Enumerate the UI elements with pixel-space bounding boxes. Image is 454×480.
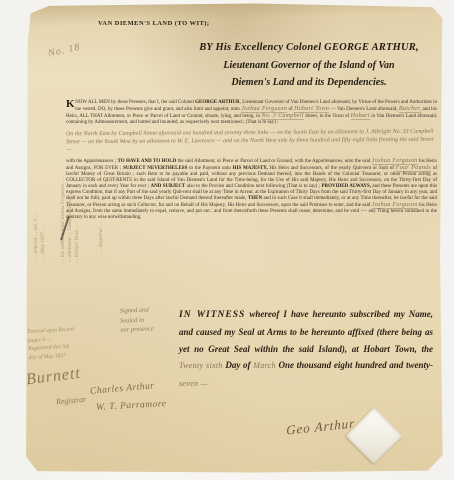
witness-signature-parramore: W. T. Parramore bbox=[96, 399, 167, 413]
proclamation-heading: BY His Excellency Colonel GEORGE ARTHUR,… bbox=[180, 39, 438, 92]
in-witness-clause: IN WITNESS whereof I have hereunto subsc… bbox=[179, 306, 433, 393]
grantee-residence-fill-in: Hobart Town bbox=[294, 106, 329, 113]
habendum-and-quitrent-paragraph: with the Appurtenances ; TO HAVE AND TO … bbox=[66, 158, 437, 221]
rotated-margin-note-b: … the within named Joshua Ferguson … … a… bbox=[60, 105, 82, 263]
his-majesty-text: HIS MAJESTY, bbox=[233, 166, 268, 171]
body-segment: His Heirs and Successors, of the yearly … bbox=[268, 166, 396, 171]
governor-signature: Geo Arthur bbox=[286, 415, 355, 438]
day-fill-in: Twenty sixth bbox=[179, 361, 223, 370]
grantee-name-fill-in: Joshua Ferguson bbox=[372, 158, 418, 165]
rotated-margin-note-c: … Registrar … bbox=[98, 111, 105, 253]
proclamation-line-3: Diemen's Land and its Dependencies. bbox=[180, 74, 438, 92]
witness-text: One thousand eight hundred and twenty- bbox=[276, 360, 433, 370]
grantee-name-fill-in: Joshua Ferguson bbox=[372, 202, 418, 209]
granting-clause-paragraph: KNOW ALL MEN by these Presents, that I, … bbox=[66, 100, 437, 126]
town-fill-in: Hobart bbox=[351, 113, 370, 120]
year-fill-in: seven — bbox=[179, 379, 208, 388]
scanned-land-grant-page: { "colors": { "parchment": "#ecdfbd", "p… bbox=[0, 0, 454, 480]
month-fill-in: March bbox=[253, 361, 276, 370]
margin-note-line: … May 1827 … bbox=[40, 107, 47, 259]
body-segment: the said Allotment, or Piece or Parcel o… bbox=[176, 159, 372, 164]
proclamation-line-2: Lieutenant Governor of the Island of Van bbox=[180, 57, 438, 75]
governor-name: GEORGE ARTHUR bbox=[195, 100, 239, 105]
handwritten-grant-number: No. 18 bbox=[47, 42, 81, 60]
registration-record-note: Entered upon Record pages 3 — Registered… bbox=[27, 322, 139, 362]
grantee-name-fill-in: Joshua Ferguson bbox=[241, 106, 287, 113]
body-segment: also to the Proviso and Condition next f… bbox=[185, 184, 321, 189]
body-segment: to the Payment unto bbox=[187, 166, 232, 171]
deed-body-text: KNOW ALL MEN by these Presents, that I, … bbox=[66, 100, 437, 221]
margin-note-line: … Registrar … bbox=[98, 111, 105, 253]
to-have-and-to-hold-clause: TO HAVE AND TO HOLD bbox=[118, 159, 177, 164]
handwritten-boundary-description: On the North East by Campbell Street afo… bbox=[66, 129, 437, 155]
margin-note-line: … entered … vol. 3 … bbox=[33, 107, 40, 259]
body-segment: NOW ALL MEN by these Presents, that I, t… bbox=[75, 100, 195, 105]
attestation-line: Signed and bbox=[120, 305, 154, 316]
quitrent-sum-fill-in: Four Pounds bbox=[396, 165, 431, 172]
provided-always-clause: PROVIDED ALWAYS, bbox=[321, 184, 371, 189]
subject-nevertheless-clause: SUBJECT NEVERTHELESS bbox=[123, 166, 187, 171]
then-clause: THEN bbox=[248, 196, 262, 201]
witness-text: Day of bbox=[223, 360, 254, 370]
registrar-signature: Burnett bbox=[25, 365, 82, 390]
registrar-title: Registrar bbox=[56, 395, 87, 407]
body-segment: Street, in the Town of bbox=[304, 114, 351, 119]
witness-signature-charles-arthur: Charles Arthur bbox=[90, 381, 155, 397]
margin-note-line: … Hobart Town … bbox=[74, 105, 81, 263]
rotated-margin-note-a: … entered … vol. 3 … … May 1827 … bbox=[33, 107, 47, 259]
body-segment: — Van Diemen's Land aforesaid, bbox=[329, 107, 399, 112]
parchment-document: VAN DIEMEN'S LAND (TO WIT); No. 18 BY Hi… bbox=[24, 3, 443, 473]
proclamation-line-1: BY His Excellency Colonel GEORGE ARTHUR, bbox=[180, 39, 438, 57]
and-subject-clause: AND SUBJECT bbox=[151, 184, 186, 189]
in-witness-lead: IN WITNESS bbox=[179, 310, 245, 320]
street-fill-in: No. 3 Campbell bbox=[261, 113, 303, 120]
grantee-occupation-fill-in: Butcher, bbox=[399, 106, 421, 113]
margin-note-line: … allotment … Campbell Street … bbox=[67, 105, 74, 263]
jurisdiction-heading: VAN DIEMEN'S LAND (TO WIT); bbox=[98, 20, 209, 27]
